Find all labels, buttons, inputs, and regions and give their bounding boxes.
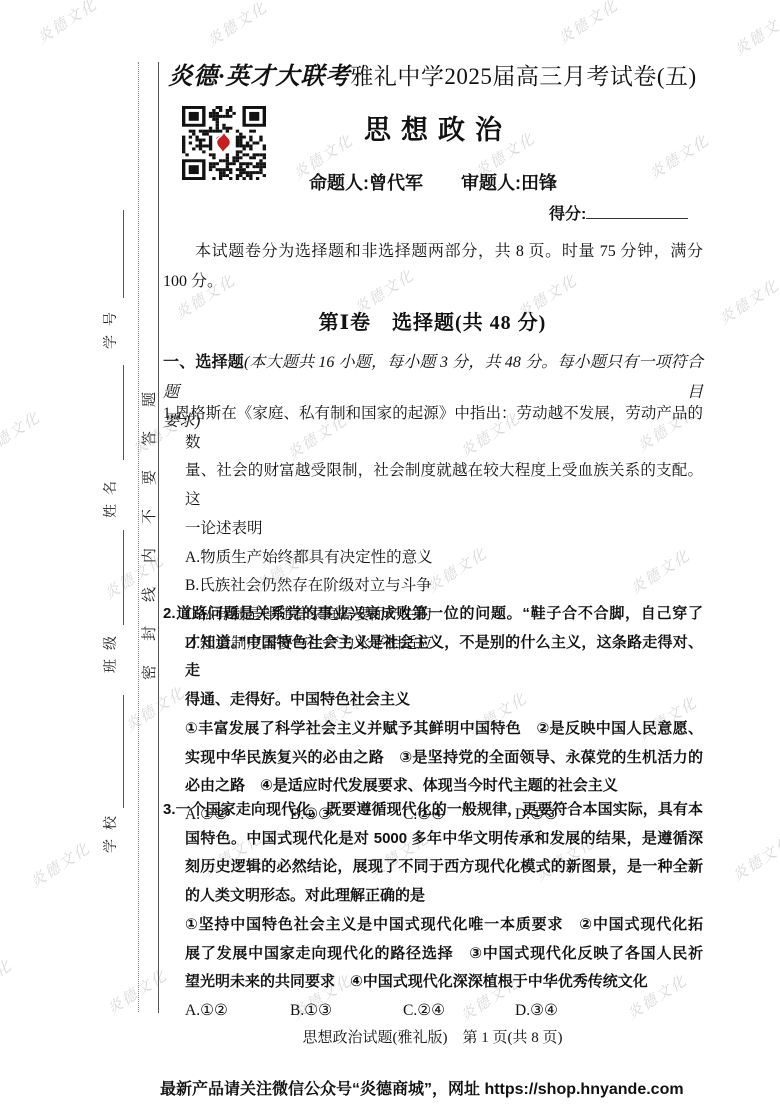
intro-line: 一、选择题(本大题共 16 小题，每小题 3 分，共 48 分。每小题只有一项符… — [163, 348, 703, 407]
setter-info: 命题人:曾代军审题人:田锋 — [163, 169, 703, 195]
exam-title: 炎德·英才大联考雅礼中学2025届高三月考试卷(五) — [160, 56, 705, 91]
question-line: 国特色。中国式现代化是对 5000 多年中华文明传承和发展的结果，是遵循深 — [185, 825, 703, 854]
statement-line: ①丰富发展了科学社会主义并赋予其鲜明中国特色 ②是反映中国人民意愿、 — [185, 715, 703, 744]
section-header: 第Ⅰ卷 选择题(共 48 分) — [160, 306, 705, 335]
question-line: 2.道路问题是关系党的事业兴衰成败第一位的问题。“鞋子合不合脚，自己穿了 — [185, 600, 703, 629]
statement-line: ①坚持中国特色社会主义是中国式现代化唯一本质要求 ②中国式现代化拓 — [185, 911, 703, 940]
subject-title: 思想政治 — [163, 108, 703, 147]
exam-page: { "watermark": { "text": "炎德文化" }, "side… — [0, 0, 780, 1104]
promo-text: 最新产品请关注微信公众号“炎德商城”，网址 https://shop.hnyan… — [160, 1076, 684, 1099]
notice-line: 本试题卷分为选择题和非选择题两部分，共 8 页。时量 75 分钟，满分 — [163, 237, 703, 267]
exam-title-text: 雅礼中学2025届高三月考试卷(五) — [350, 64, 696, 89]
intro-bold: 一、选择题 — [163, 354, 244, 371]
score-field: 得分: — [549, 201, 688, 224]
notice-line: 100 分。 — [163, 267, 703, 297]
question-line: 的人类文明形态。对此理解正确的是 — [185, 882, 703, 911]
question-line: 3.一个国家走向现代化，既要遵循现代化的一般规律，更要符合本国实际，具有本 — [185, 796, 703, 825]
statement-line: 展了发展中国家走向现代化的路径选择 ③中国式现代化反映了各国人民祈 — [185, 940, 703, 969]
intro-rest: (本大题共 16 小题，每小题 3 分，共 48 分。每小题只有一项符合题目 — [163, 354, 703, 401]
page-footer: 思想政治试题(雅礼版) 第 1 页(共 8 页) — [160, 1026, 705, 1047]
question-line: 得通、走得好。中国特色社会主义 — [185, 686, 703, 715]
option-b: B.氏族社会仍然存在阶级对立与斗争 — [185, 572, 703, 601]
exam-notice: 本试题卷分为选择题和非选择题两部分，共 8 页。时量 75 分钟，满分 100 … — [163, 237, 703, 297]
question-line: 1.恩格斯在《家庭、私有制和国家的起源》中指出：劳动越不发展，劳动产品的数 — [185, 400, 703, 457]
question-line: 刻历史逻辑的必然结论，展现了不同于西方现代化模式的新图景，是一种全新 — [185, 853, 703, 882]
statement-line: 实现中华民族复兴的必由之路 ③是坚持党的全面领导、永葆党的生机活力的 — [185, 744, 703, 773]
score-label: 得分: — [549, 206, 586, 223]
option-b: B.①③ — [290, 997, 403, 1026]
exam-series-brand: 炎德·英才大联考 — [168, 64, 350, 90]
setter-name: 命题人:曾代军 — [309, 173, 423, 193]
question-line: 才知道。”中国特色社会主义是社会主义，不是别的什么主义，这条路走得对、走 — [185, 629, 703, 686]
question-line: 量、社会的财富越受限制，社会制度就越在较大程度上受血族关系的支配。这 — [185, 457, 703, 514]
option-a: A.①② — [185, 997, 290, 1026]
score-blank-line — [586, 203, 688, 219]
statement-line: 望光明未来的共同要求 ④中国式现代化深深植根于中华优秀传统文化 — [185, 968, 703, 997]
option-d: D.③④ — [515, 997, 558, 1026]
option-c: C.②④ — [403, 997, 515, 1026]
question-3: 3.一个国家走向现代化，既要遵循现代化的一般规律，更要符合本国实际，具有本 国特… — [163, 796, 703, 1026]
option-a: A.物质生产始终都具有决定性的意义 — [185, 544, 703, 573]
option-row: A.①② B.①③ C.②④ D.③④ — [185, 997, 703, 1026]
question-line: 一论述表明 — [185, 515, 703, 544]
reviewer-name: 审题人:田锋 — [461, 173, 557, 193]
exam-content: 炎德·英才大联考雅礼中学2025届高三月考试卷(五) 思想政治 命题人:曾代军审… — [0, 0, 780, 1104]
